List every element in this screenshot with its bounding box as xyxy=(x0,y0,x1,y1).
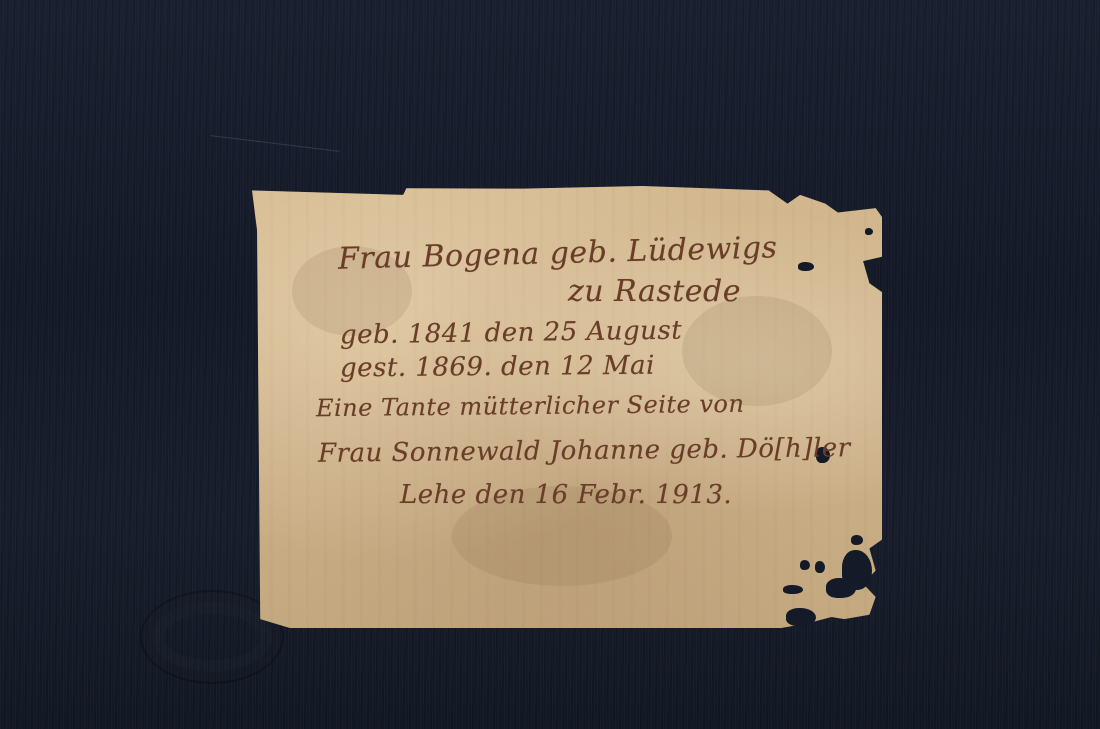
paper-damage-hole xyxy=(786,608,816,626)
paper-damage-hole xyxy=(842,550,872,590)
paper-damage-hole xyxy=(800,560,810,570)
note-line-3: geb. 1841 den 25 August xyxy=(340,316,683,351)
paper-damage-hole xyxy=(783,585,803,594)
paper-damage-hole xyxy=(851,535,863,545)
note-line-5: Eine Tante mütterlicher Seite von xyxy=(316,390,745,422)
note-line-7: Lehe den 16 Febr. 1913. xyxy=(400,480,732,510)
note-line-6: Frau Sonnewald Johanne geb. Dö[h]ler xyxy=(318,433,851,469)
note-line-4: gest. 1869. den 12 Mai xyxy=(340,351,655,384)
paper-damage-hole xyxy=(798,262,814,271)
paper-damage-hole xyxy=(865,228,873,235)
note-line-2: zu Rastede xyxy=(568,274,741,309)
paper-damage-hole xyxy=(815,561,825,573)
